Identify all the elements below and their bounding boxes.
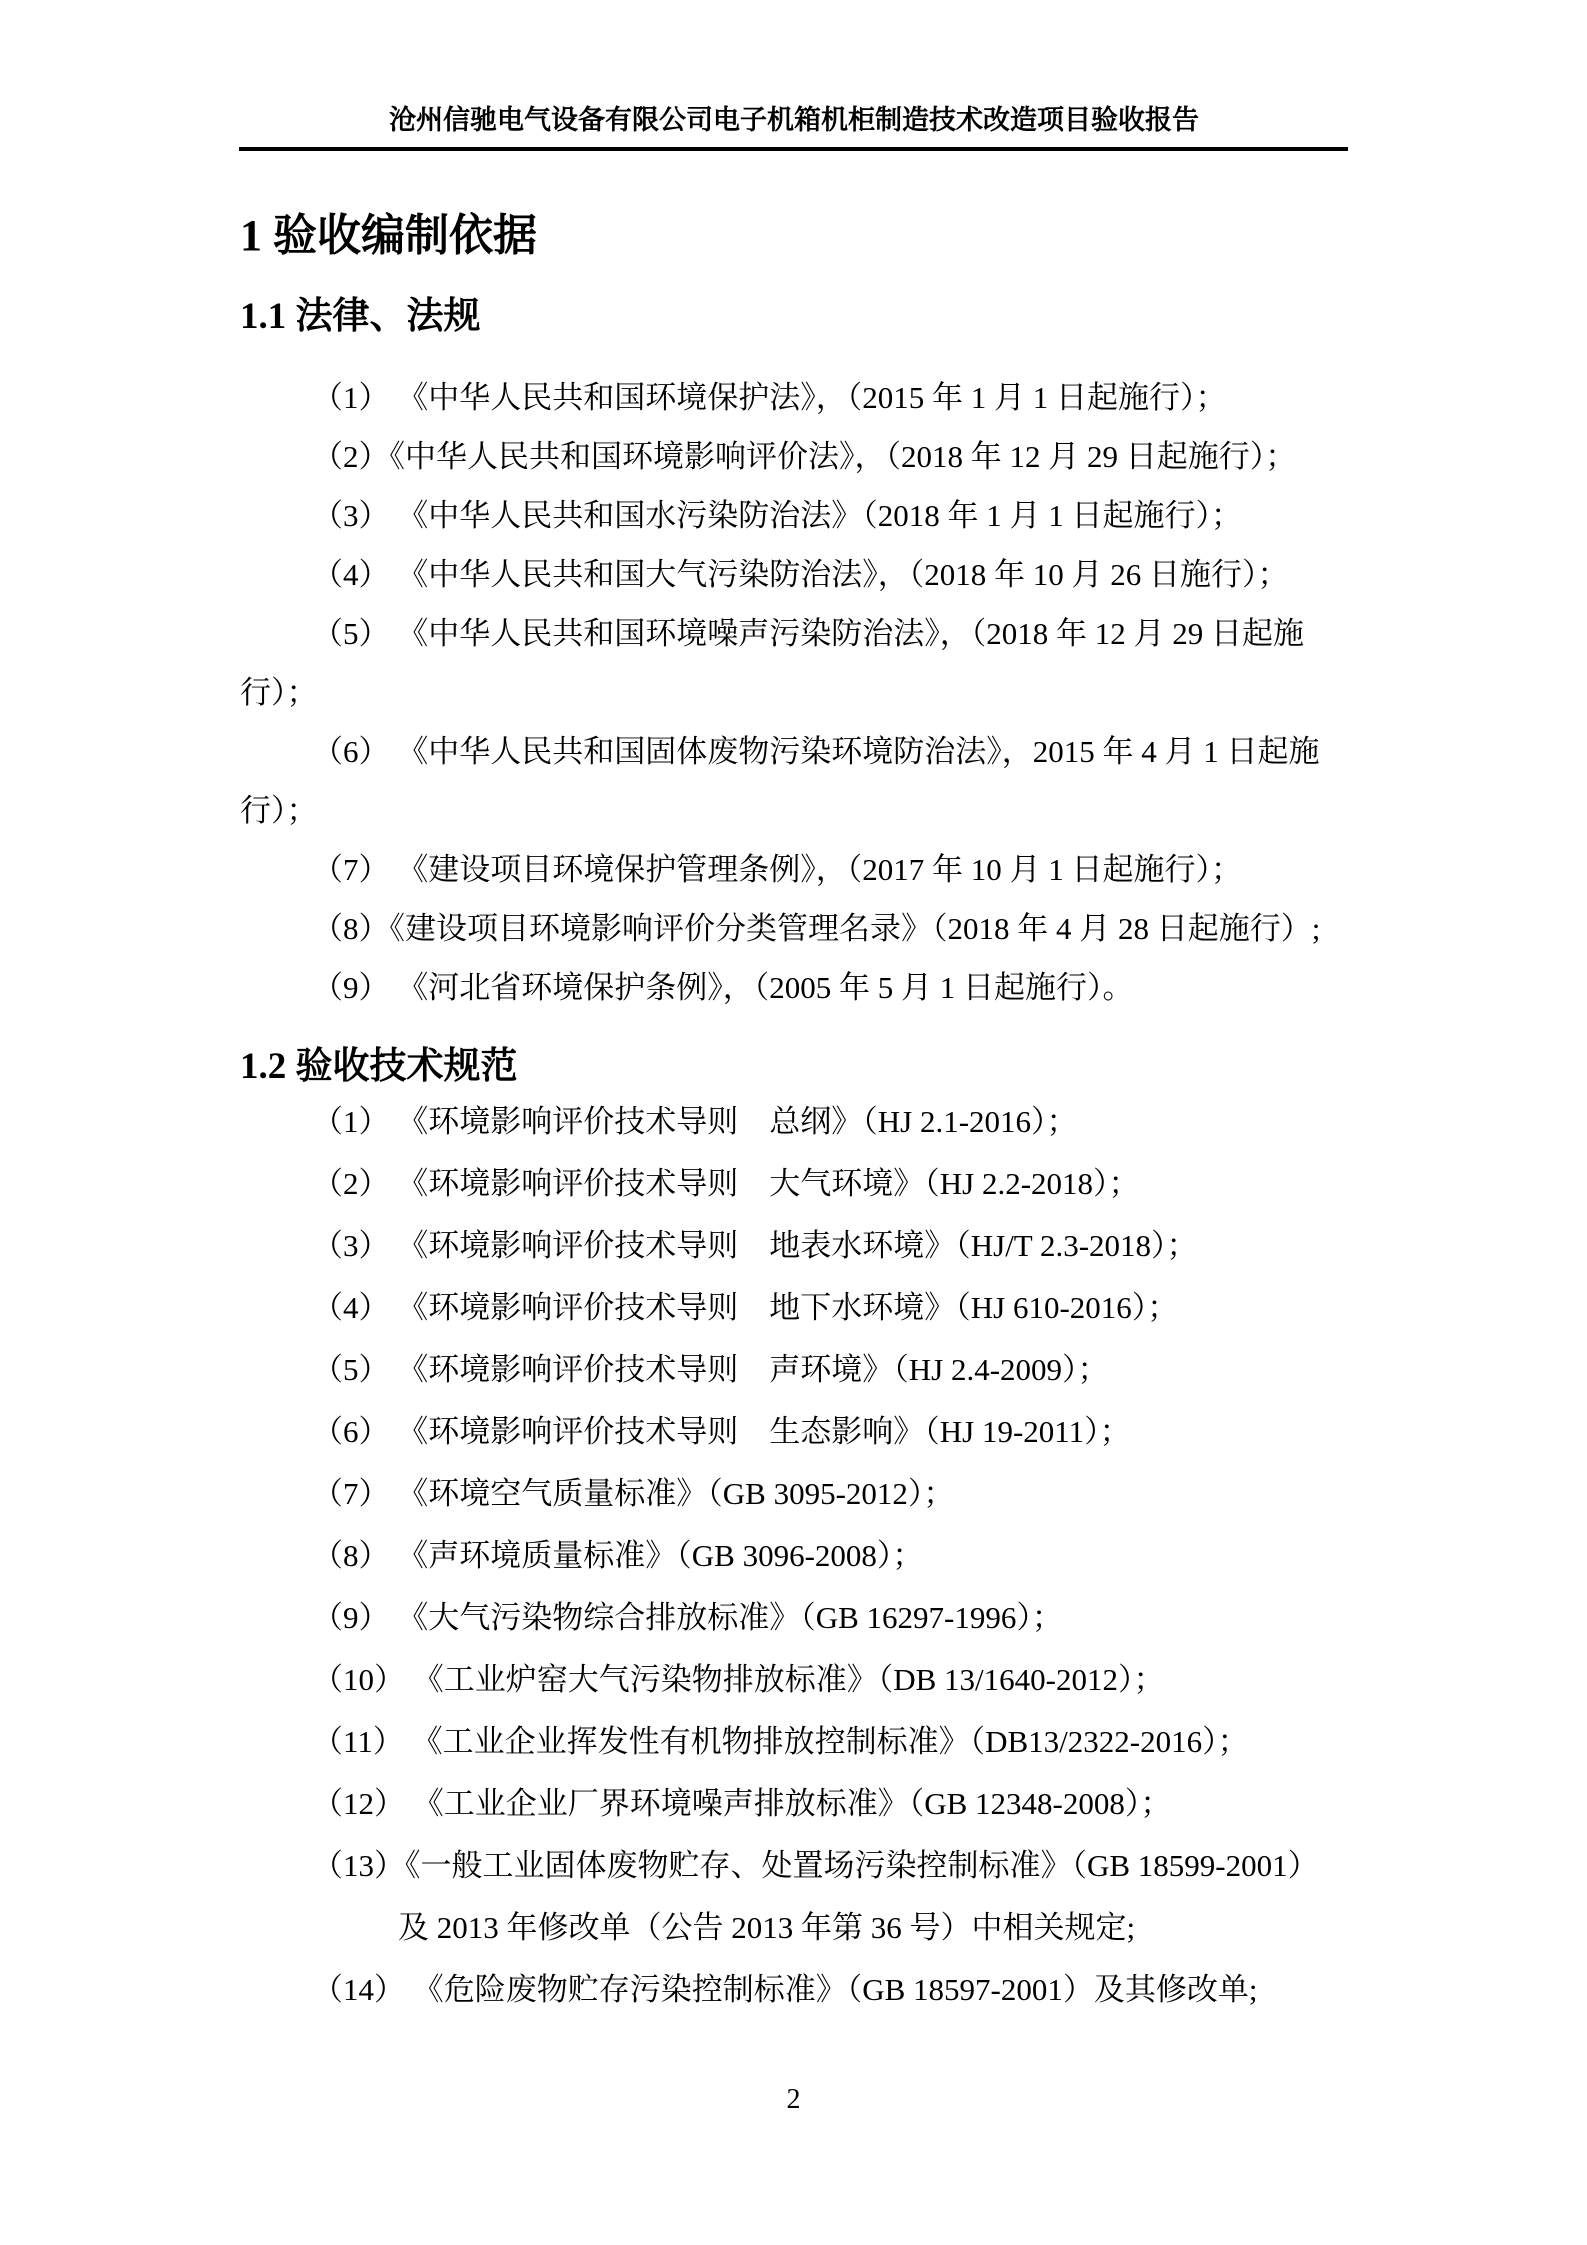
list-item-line: （10） 《工业炉窑大气污染物排放标准》（DB 13/1640-2012）；: [240, 1649, 1348, 1711]
list-item-line: （9） 《河北省环境保护条例》，（2005 年 5 月 1 日起施行）。: [240, 958, 1348, 1017]
section-heading-1-2: 1.2 验收技术规范: [240, 1043, 1348, 1091]
list-item-line: （5） 《环境影响评价技术导则 声环境》（HJ 2.4-2009）；: [240, 1339, 1348, 1401]
list-item-line: （1） 《环境影响评价技术导则 总纲》（HJ 2.1-2016）；: [240, 1091, 1348, 1153]
list-item-line: （7） 《建设项目环境保护管理条例》，（2017 年 10 月 1 日起施行）；: [240, 840, 1348, 899]
list-item-line: （6） 《中华人民共和国固体废物污染环境防治法》，2015 年 4 月 1 日起…: [240, 722, 1348, 781]
page-number: 2: [0, 2082, 1587, 2118]
list-item-line: （7） 《环境空气质量标准》（GB 3095-2012）；: [240, 1463, 1348, 1525]
list-item-line: （12） 《工业企业厂界环境噪声排放标准》（GB 12348-2008）；: [240, 1773, 1348, 1835]
section-heading-1: 1 验收编制依据: [240, 211, 1348, 261]
list-item-line: （3） 《环境影响评价技术导则 地表水环境》（HJ/T 2.3-2018）；: [240, 1215, 1348, 1277]
list-item-line: （6） 《环境影响评价技术导则 生态影响》（HJ 19-2011）；: [240, 1401, 1348, 1463]
document-page: 沧州信驰电气设备有限公司电子机箱机柜制造技术改造项目验收报告 1 验收编制依据 …: [0, 0, 1587, 2245]
list-item-line: （2）《中华人民共和国环境影响评价法》，（2018 年 12 月 29 日起施行…: [240, 427, 1348, 486]
list-item-line: （2） 《环境影响评价技术导则 大气环境》（HJ 2.2-2018）；: [240, 1153, 1348, 1215]
list-item-line: （1） 《中华人民共和国环境保护法》，（2015 年 1 月 1 日起施行）；: [240, 368, 1348, 427]
document-body: 1 验收编制依据 1.1 法律、法规 （1） 《中华人民共和国环境保护法》，（2…: [240, 0, 1348, 2021]
list-item-line: （4） 《环境影响评价技术导则 地下水环境》（HJ 610-2016）；: [240, 1277, 1348, 1339]
list-item-line: （5） 《中华人民共和国环境噪声污染防治法》，（2018 年 12 月 29 日…: [240, 604, 1348, 663]
list-item-line: （14） 《危险废物贮存污染控制标准》（GB 18597-2001）及其修改单;: [240, 1959, 1348, 2021]
list-item-line: （8）《建设项目环境影响评价分类管理名录》（2018 年 4 月 28 日起施行…: [240, 899, 1348, 958]
list-item-line: 行）；: [240, 781, 1348, 840]
list-item-line: （9） 《大气污染物综合排放标准》（GB 16297-1996）；: [240, 1587, 1348, 1649]
list-item-line: （11） 《工业企业挥发性有机物排放控制标准》（DB13/2322-2016）；: [240, 1711, 1348, 1773]
list-item-line: （3） 《中华人民共和国水污染防治法》（2018 年 1 月 1 日起施行）；: [240, 486, 1348, 545]
law-regulation-list: （1） 《中华人民共和国环境保护法》，（2015 年 1 月 1 日起施行）；（…: [240, 368, 1348, 1017]
list-item-line: （8） 《声环境质量标准》（GB 3096-2008）；: [240, 1525, 1348, 1587]
section-heading-1-1: 1.1 法律、法规: [240, 293, 1348, 341]
list-item-line: （13）《一般工业固体废物贮存、处置场污染控制标准》（GB 18599-2001…: [240, 1835, 1348, 1897]
list-item-line: 行）；: [240, 663, 1348, 722]
list-item-line: （4） 《中华人民共和国大气污染防治法》，（2018 年 10 月 26 日施行…: [240, 545, 1348, 604]
technical-standard-list: （1） 《环境影响评价技术导则 总纲》（HJ 2.1-2016）；（2） 《环境…: [240, 1091, 1348, 2021]
list-item-line: 及 2013 年修改单（公告 2013 年第 36 号）中相关规定;: [240, 1897, 1348, 1959]
